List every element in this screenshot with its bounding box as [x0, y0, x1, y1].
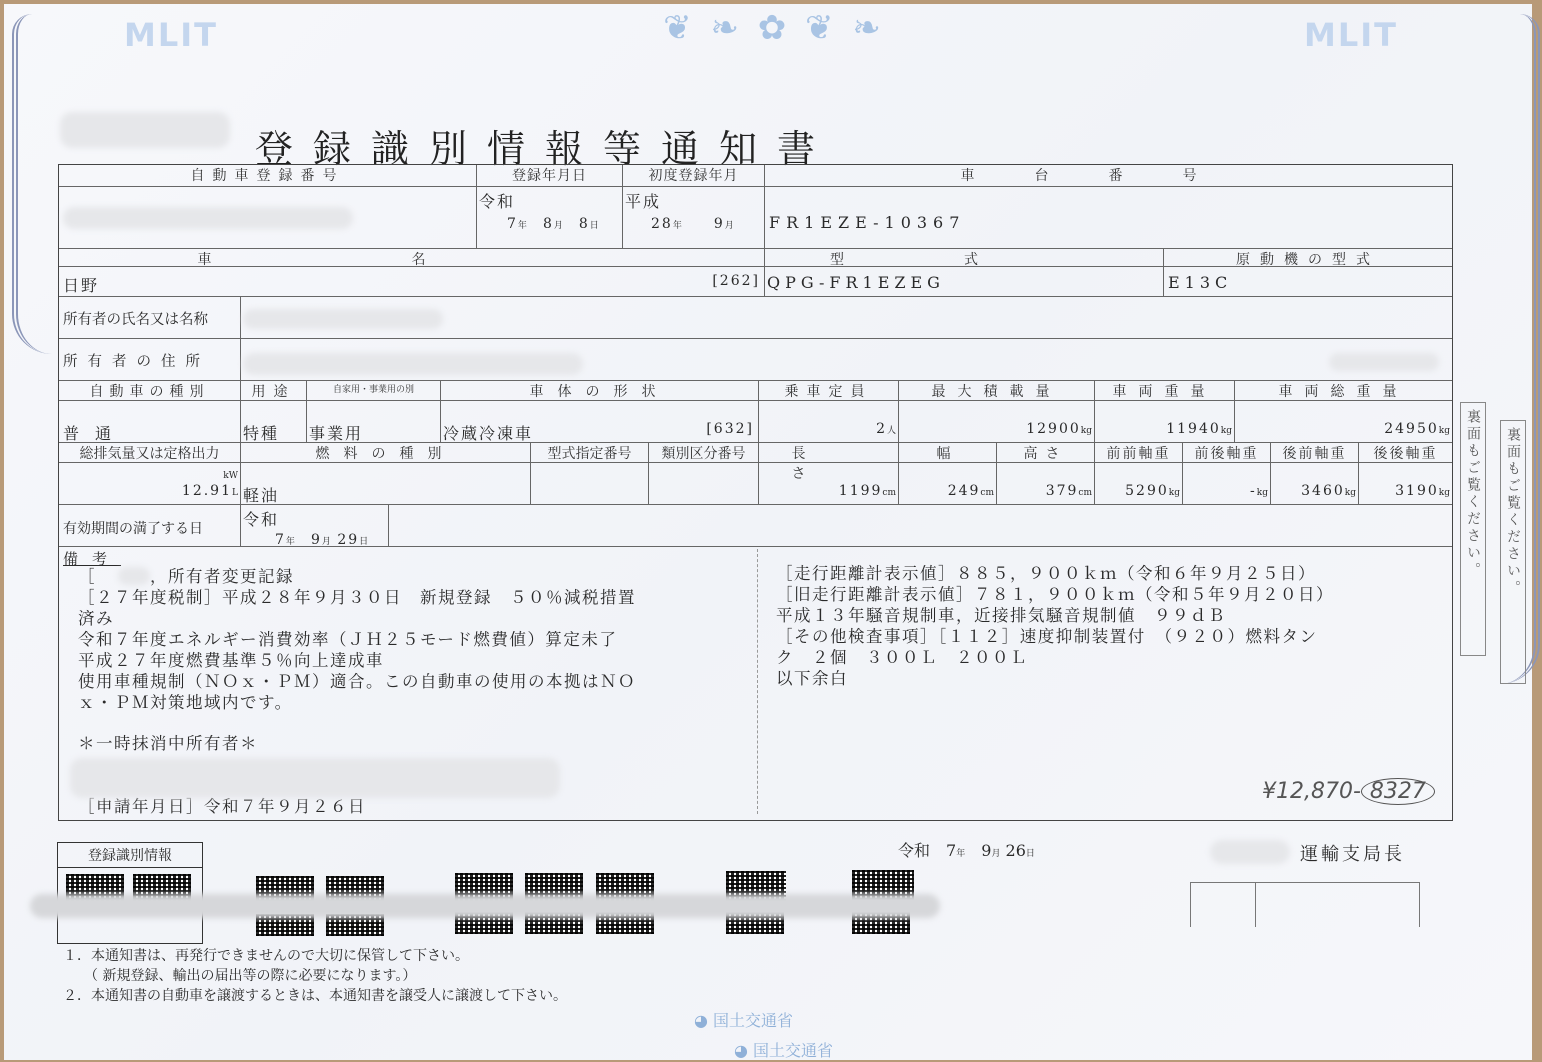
- registration-date-era: 令和: [479, 189, 515, 212]
- remarks-left-line: ［ ，所有者変更記録: [78, 566, 636, 587]
- header-displacement: 総排気量又は定格出力: [59, 443, 241, 463]
- type-designation-cell: [531, 463, 649, 505]
- body-shape: 冷蔵冷凍車: [443, 421, 533, 444]
- first-registration-cell: 平成 28年 9月: [623, 187, 765, 249]
- redacted-address-code: [1329, 353, 1439, 371]
- handwritten-circled-number: 8327: [1361, 778, 1435, 805]
- vehicle-type: 普通: [63, 421, 127, 444]
- gross-weight-cell: 24950kg: [1235, 401, 1452, 443]
- capacity: 2人: [876, 421, 896, 437]
- private-business: 事業用: [309, 421, 363, 444]
- redacted-issuer-office: [1210, 840, 1290, 864]
- remarks-right-line: ［その他検査事項］［１１２］速度抑制装置付 （９２０）燃料タン: [776, 626, 1334, 647]
- side-note-inner: 裏面もご覧ください。: [1460, 402, 1486, 656]
- model: QPG-FR1EZEG: [767, 273, 945, 292]
- stamp-box: [1190, 882, 1420, 927]
- header-category-number: 類別区分番号: [649, 443, 759, 463]
- remarks-divider: [757, 549, 758, 814]
- footer-note: （ 新規登録、輸出の届出等の際に必要になります。）: [63, 966, 567, 986]
- header-rr-axle: 後後軸重: [1359, 443, 1452, 463]
- application-date: ［申請年月日］令和７年９月２６日: [78, 796, 636, 817]
- width-cell: 249cm: [899, 463, 997, 505]
- rf-axle: 3460kg: [1301, 483, 1356, 499]
- expiry-era: 令和: [243, 507, 279, 530]
- stamp-box-divider: [1255, 883, 1256, 927]
- chassis-number: FR1EZE-10367: [769, 213, 965, 232]
- footer-notes: １．本通知書は、再発行できませんので大切に保管して下さい。 （ 新規登録、輸出の…: [63, 946, 567, 1006]
- header-body-shape: 車体の形状: [441, 381, 759, 401]
- remarks-left-line: 使用車種規制（ＮＯｘ・ＰＭ）適合。この自動車の使用の本拠はＮＯ: [78, 671, 636, 692]
- redacted-registration-number: [63, 207, 353, 229]
- fuel-type-cell: 軽油: [241, 463, 531, 505]
- header-rf-axle: 後前軸重: [1271, 443, 1359, 463]
- fr-axle-cell: -kg: [1183, 463, 1271, 505]
- vehicle-weight: 11940kg: [1166, 421, 1232, 437]
- redacted-temp-owner: [70, 758, 560, 798]
- fr-axle: -kg: [1250, 483, 1268, 499]
- remarks-right-line: 平成１３年騒音規制車，近接排気騒音規制値 ９９ｄＢ: [776, 605, 1334, 626]
- header-vehicle-type: 自動車の種別: [59, 381, 241, 401]
- header-vehicle-name: 車名: [59, 249, 765, 267]
- header-type-designation: 型式指定番号: [531, 443, 649, 463]
- rr-axle-cell: 3190kg: [1359, 463, 1452, 505]
- registration-date-cell: 令和 7年 8月 8日: [477, 187, 623, 249]
- remarks-left-line: ［２７年度税制］平成２８年９月３０日 新規登録 ５０％減税措置: [78, 587, 636, 608]
- chassis-number-cell: FR1EZE-10367: [765, 187, 1452, 249]
- header-length: 長さ: [759, 443, 899, 463]
- redacted-owner-address: [243, 353, 583, 375]
- vehicle-name: 日野: [63, 273, 99, 296]
- body-shape-cell: 冷蔵冷凍車 [632]: [441, 401, 759, 443]
- model-cell: QPG-FR1EZEG: [765, 267, 1164, 297]
- header-registration-number: 自動車登録番号: [59, 165, 477, 187]
- remarks-left-line: 令和７年度エネルギー消費効率（ＪＨ２５モード燃費値）算定未了: [78, 629, 636, 650]
- remarks-right-line: ［旧走行距離計表示値］７８１，９００ｋｍ（令和５年９月２０日）: [776, 584, 1334, 605]
- remarks-right-line: ［走行距離計表示値］８８５，９００ｋｍ（令和６年９月２５日）: [776, 563, 1334, 584]
- category-number-cell: [649, 463, 759, 505]
- rr-axle: 3190kg: [1395, 483, 1450, 499]
- gross-weight: 24950kg: [1384, 421, 1450, 437]
- header-model: 型式: [765, 249, 1164, 267]
- side-note-outer: 裏面もご覧ください。: [1500, 420, 1526, 684]
- height-cell: 379cm: [997, 463, 1095, 505]
- use-cell: 特種: [241, 401, 307, 443]
- engine-model: E13C: [1168, 273, 1232, 292]
- fuel-type: 軽油: [243, 483, 279, 506]
- max-load-cell: 12900kg: [899, 401, 1095, 443]
- handwritten-fee: ¥12,870-8327: [1262, 778, 1435, 805]
- rf-axle-cell: 3460kg: [1271, 463, 1359, 505]
- header-capacity: 乗車定員: [759, 381, 899, 401]
- issue-date: 令和 7年 9月 26日: [898, 838, 1035, 861]
- expiry-date-cell: 令和 7年 9月 29日: [241, 505, 389, 547]
- header-registration-date: 登録年月日: [477, 165, 623, 187]
- ministry-footer-logo-2: ◕ 国土交通省: [734, 1038, 833, 1061]
- owner-name-cell: [241, 297, 1452, 339]
- expiry-label-cell: 有効期間の満了する日: [59, 505, 241, 547]
- use: 特種: [243, 421, 279, 444]
- owner-name-label-cell: 所有者の氏名又は名称: [59, 297, 241, 339]
- remarks-left-line: ｘ・ＰＭ対策地域内です。: [78, 692, 636, 713]
- header-engine-model: 原動機の型式: [1164, 249, 1452, 267]
- qr-section-label: 登録識別情報: [58, 843, 202, 868]
- length: 1199cm: [839, 483, 896, 499]
- issuer-title: 運輸支局長: [1300, 840, 1405, 866]
- expiry-blank-cell: [389, 505, 1452, 547]
- redacted-area: [60, 112, 230, 148]
- mlit-logo-right: MLIT: [1304, 16, 1398, 54]
- expiry-date: 7年 9月 29日: [275, 529, 368, 549]
- footer-note: ２．本通知書の自動車を譲渡するときは、本通知書を譲受人に譲渡して下さい。: [63, 986, 567, 1006]
- ff-axle-cell: 5290kg: [1095, 463, 1183, 505]
- redacted-remark: [118, 567, 150, 585]
- first-registration-era: 平成: [625, 189, 661, 212]
- expiry-label: 有効期間の満了する日: [63, 518, 203, 538]
- header-fr-axle: 前後軸重: [1183, 443, 1271, 463]
- registration-date-value: 7年 8月 8日: [507, 213, 599, 233]
- header-fuel-type: 燃料の種別: [241, 443, 531, 463]
- vehicle-name-code: [262]: [712, 273, 760, 289]
- first-registration-value: 28年 9月: [651, 213, 734, 233]
- header-first-registration: 初度登録年月: [623, 165, 765, 187]
- redacted-owner-name: [243, 309, 443, 329]
- vehicle-weight-cell: 11940kg: [1095, 401, 1235, 443]
- ff-axle: 5290kg: [1125, 483, 1180, 499]
- vehicle-type-cell: 普通: [59, 401, 241, 443]
- header-width: 幅: [899, 443, 997, 463]
- length-cell: 1199cm: [759, 463, 899, 505]
- owner-name-label: 所有者の氏名又は名称: [63, 308, 208, 329]
- registration-number-cell: [59, 187, 477, 249]
- mlit-logo-left: MLIT: [124, 16, 218, 54]
- header-gross-weight: 車両総重量: [1235, 381, 1452, 401]
- body-shape-code: [632]: [706, 421, 754, 437]
- remarks-right-line: 以下余白: [776, 668, 1334, 689]
- remarks-right: ［走行距離計表示値］８８５，９００ｋｍ（令和６年９月２５日） ［旧走行距離計表示…: [776, 563, 1334, 689]
- private-business-cell: 事業用: [307, 401, 441, 443]
- footer-note: １．本通知書は、再発行できませんので大切に保管して下さい。: [63, 946, 567, 966]
- top-ornament: ❦ ❧ ✿ ❦ ❧: [534, 8, 1014, 58]
- header-private-business: 自家用・事業用の別: [307, 381, 441, 401]
- vehicle-name-cell: 日野 [262]: [59, 267, 765, 297]
- header-ff-axle: 前前軸重: [1095, 443, 1183, 463]
- width: 249cm: [948, 483, 994, 499]
- temp-owner-label: ＊一時抹消中所有者＊: [78, 733, 636, 754]
- header-use: 用途: [241, 381, 307, 401]
- capacity-cell: 2人: [759, 401, 899, 443]
- owner-address-label: 所有者の住所: [63, 350, 210, 371]
- owner-address-label-cell: 所有者の住所: [59, 339, 241, 381]
- header-max-load: 最大積載量: [899, 381, 1095, 401]
- header-chassis-number: 車台番号: [765, 165, 1452, 187]
- ministry-footer-logo: ◕ 国土交通省: [694, 1008, 793, 1031]
- remarks-left-line: 済み: [78, 608, 636, 629]
- max-load: 12900kg: [1026, 421, 1092, 437]
- displacement-unit-kw: kW: [223, 471, 238, 481]
- remarks-left-line: 平成２７年度燃費基準５％向上達成車: [78, 650, 636, 671]
- header-height: 高さ: [997, 443, 1095, 463]
- header-vehicle-weight: 車両重量: [1095, 381, 1235, 401]
- redacted-band: [30, 894, 940, 918]
- displacement-cell: kW 12.91L: [59, 463, 241, 505]
- displacement: 12.91L: [182, 483, 238, 499]
- engine-model-cell: E13C: [1164, 267, 1452, 297]
- owner-address-cell: [241, 339, 1452, 381]
- remarks-right-line: ク ２個 ３００Ｌ ２００Ｌ: [776, 647, 1334, 668]
- height: 379cm: [1046, 483, 1092, 499]
